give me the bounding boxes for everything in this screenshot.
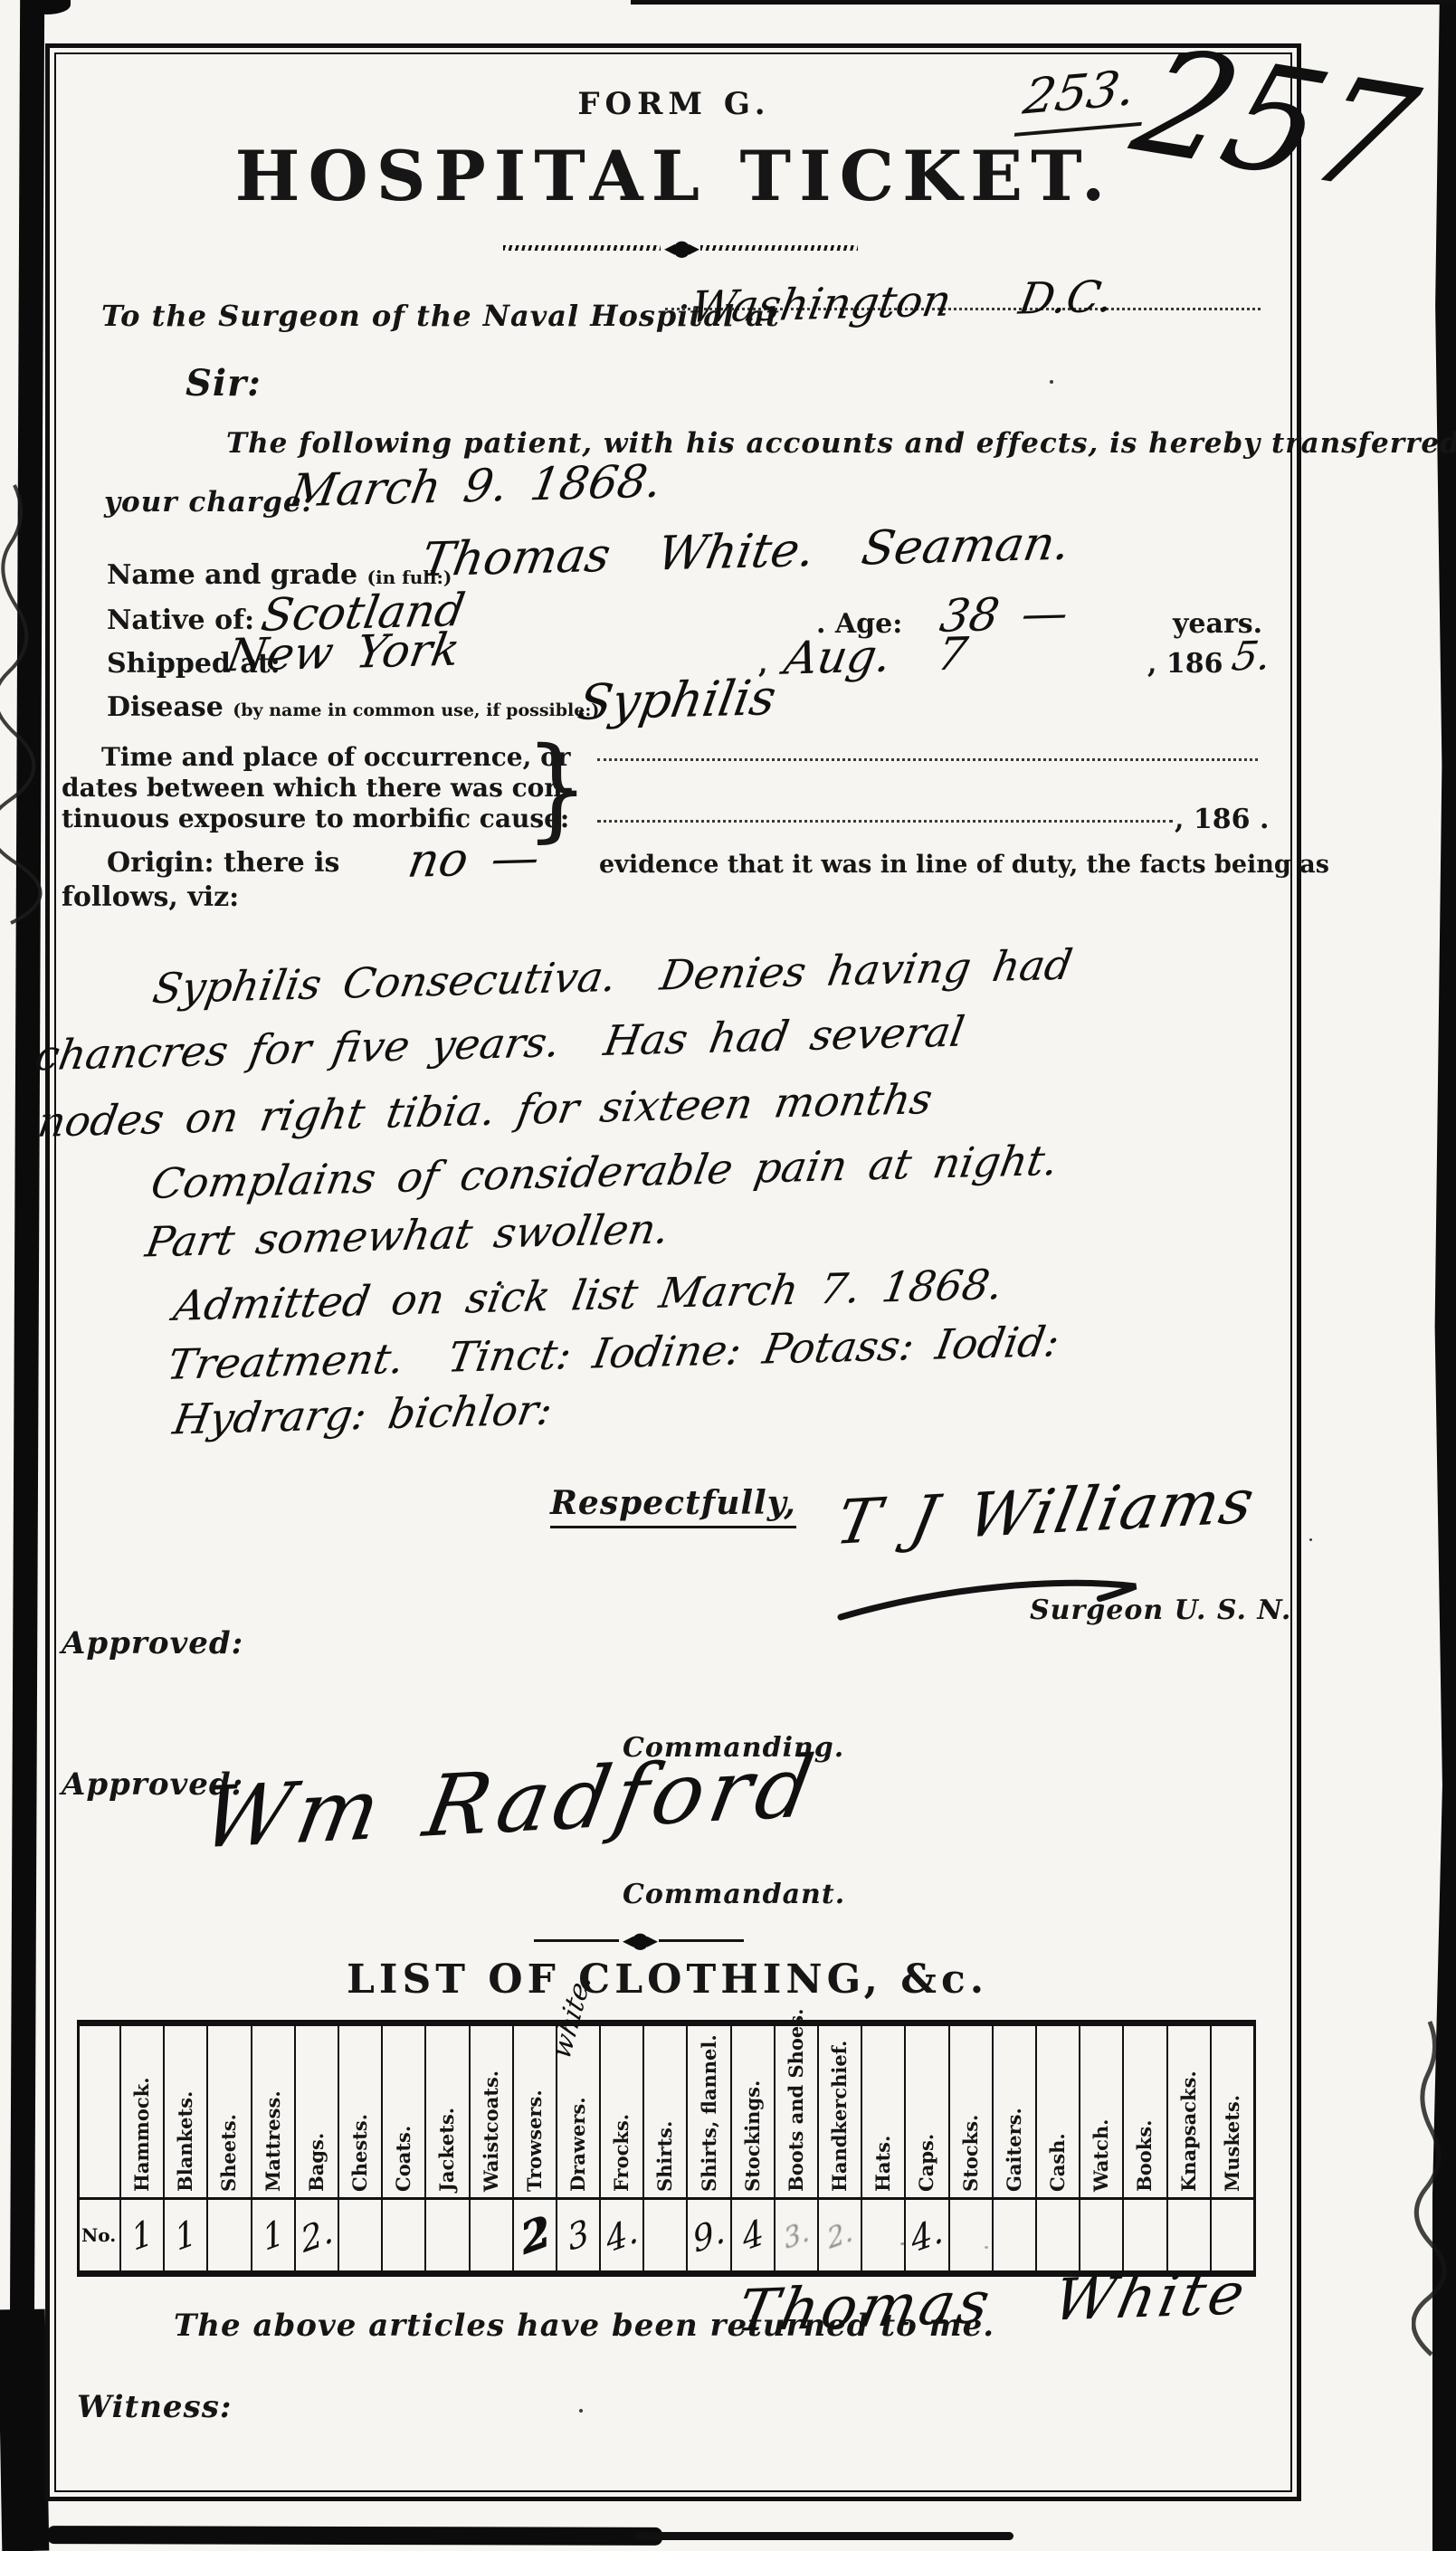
ornamental-divider-2: ◂●▸ <box>534 1929 744 1951</box>
clothing-column: Blankets.1 <box>165 2026 208 2270</box>
clothing-column: Trowsers.2 <box>514 2026 557 2270</box>
clothing-column: Coats. <box>383 2026 426 2270</box>
clothing-item-label: Hammock. <box>130 2077 153 2192</box>
clothing-column-header: Stockings. <box>732 2026 774 2200</box>
clothing-column-header: Coats. <box>383 2026 424 2200</box>
clothing-column: Sheets. <box>208 2026 252 2270</box>
clothing-column: Hammock.1 <box>121 2026 165 2270</box>
ink-speck <box>1309 1538 1312 1541</box>
divider-ornament-icon: ◂●▸ <box>619 1929 659 1951</box>
bottom-ink-streak-thin <box>633 2532 1013 2540</box>
clothing-column: Knapsacks. <box>1168 2026 1212 2270</box>
divider-ornament-icon: ◂●▸ <box>661 237 700 259</box>
clothing-item-count: 3 <box>565 2212 592 2259</box>
address-printed: To the Surgeon of the Naval Hospital at <box>101 299 780 333</box>
clothing-column-header: Boots and Shoes. <box>776 2026 817 2200</box>
clothing-column-header: Knapsacks. <box>1168 2026 1210 2200</box>
clothing-column: Muskets. <box>1212 2026 1253 2270</box>
clothing-column-value <box>994 2200 1035 2270</box>
disease-label-text: Disease <box>107 691 224 723</box>
clothing-column-header: Stocks. <box>950 2026 992 2200</box>
clothing-column: Drawers.3 <box>557 2026 601 2270</box>
bottom-ink-streak <box>47 2526 662 2546</box>
clothing-item-label: Cash. <box>1046 2133 1069 2192</box>
clothing-column-value: 9. <box>688 2200 729 2270</box>
case-note-line: Hydrarg: bichlor: <box>169 1385 556 1444</box>
occurrence-dotted-line-2 <box>597 820 1173 823</box>
clothing-column-value: 2. <box>819 2200 861 2270</box>
origin-written: no — <box>404 831 544 889</box>
clothing-column-value <box>1124 2200 1166 2270</box>
approved-label-1: Approved: <box>62 1625 243 1661</box>
clothing-column: Boots and Shoes.3. <box>776 2026 819 2270</box>
clothing-item-count: 4. <box>603 2210 641 2261</box>
clothing-column-header: Hammock. <box>121 2026 163 2200</box>
left-binding-strip <box>9 0 44 2551</box>
clothing-column-header: Chests. <box>339 2026 381 2200</box>
clothing-column-header: Handkerchief. <box>819 2026 861 2200</box>
clothing-column-value <box>1037 2200 1079 2270</box>
clothing-column: Waistcoats. <box>471 2026 514 2270</box>
transfer-line1: The following patient, with his accounts… <box>226 427 1456 460</box>
clothing-column-value: 3. <box>776 2200 817 2270</box>
clothing-item-label: Watch. <box>1090 2119 1112 2192</box>
clothing-item-label: Drawers. <box>566 2097 589 2192</box>
clothing-column: Jackets. <box>426 2026 470 2270</box>
salutation: Sir: <box>186 362 262 405</box>
occurrence-brace: } <box>525 732 589 844</box>
clothing-column: Stockings.4 <box>732 2026 776 2270</box>
clothing-column-header: Caps. <box>906 2026 947 2200</box>
clothing-column-value <box>208 2200 250 2270</box>
clothing-column-value <box>1080 2200 1122 2270</box>
clothing-column: Watch. <box>1080 2026 1124 2270</box>
clothing-item-label: Hats. <box>871 2136 894 2192</box>
clothing-item-label: Trowsers. <box>523 2089 546 2192</box>
clothing-item-count: 4 <box>738 2212 766 2259</box>
occurrence-dotted-line-1 <box>597 758 1258 761</box>
clothing-column-header: Shirts, flannel. <box>688 2026 729 2200</box>
clothing-item-count: 2 <box>517 2206 553 2265</box>
clothing-column-value: 2. <box>296 2200 338 2270</box>
clothing-item-label: Chests. <box>348 2114 371 2192</box>
divider-line <box>534 1939 619 1942</box>
clothing-column-header: Frocks. <box>601 2026 642 2200</box>
clothing-column-value: 3 <box>557 2200 599 2270</box>
clothing-item-label: Jackets. <box>435 2108 458 2192</box>
clothing-column-header: Gaiters. <box>994 2026 1035 2200</box>
right-edge-marks <box>1412 2018 1448 2362</box>
shipped-year-written: 5. <box>1229 633 1275 680</box>
clothing-item-count: 2. <box>825 2215 855 2256</box>
clothing-column-value <box>426 2200 468 2270</box>
clothing-column: No. <box>80 2026 121 2270</box>
clothing-columns: No.Hammock.1Blankets.1Sheets.Mattress.1B… <box>77 2026 1256 2270</box>
clothing-item-label: Books. <box>1133 2120 1156 2192</box>
clothing-column-value: 1 <box>121 2200 163 2270</box>
clothing-column: Mattress.1 <box>252 2026 296 2270</box>
clothing-item-label: Bags. <box>305 2133 328 2192</box>
clothing-column-header: Muskets. <box>1212 2026 1253 2200</box>
occurrence-line1: Time and place of occurrence, or <box>101 742 571 772</box>
clothing-item-label: Boots and Shoes. <box>785 2009 807 2192</box>
clothing-column: Chests. <box>339 2026 383 2270</box>
shipped-at-value: New York <box>224 623 464 682</box>
clothing-column-header: Shirts. <box>644 2026 686 2200</box>
clothing-column-value: 4 <box>732 2200 774 2270</box>
clothing-item-count: 2. <box>298 2210 336 2261</box>
disease-label: Disease (by name in common use, if possi… <box>107 691 599 723</box>
ornamental-divider: ◂●▸ <box>503 237 858 259</box>
clothing-column-value <box>339 2200 381 2270</box>
occurrence-year-suffix: , 186 . <box>1175 804 1269 835</box>
clothing-column: Hats. <box>862 2026 906 2270</box>
margin-handwriting-squiggle <box>0 480 49 950</box>
clothing-column-header: Watch. <box>1080 2026 1122 2200</box>
transfer-line2: your charge: <box>104 486 313 519</box>
clothing-column-value <box>1168 2200 1210 2270</box>
clothing-column-header: Hats. <box>862 2026 904 2200</box>
clothing-item-label: Waistcoats. <box>480 2070 502 2192</box>
shipped-date-value: Aug. 7 <box>781 627 972 684</box>
clothing-item-label: Sheets. <box>217 2114 240 2192</box>
clothing-column-value <box>950 2200 992 2270</box>
occurrence-line3: tinuous exposure to morbific cause: <box>62 804 569 833</box>
clothing-item-label: Mattress. <box>262 2090 284 2192</box>
clothing-column-value <box>862 2200 904 2270</box>
clothing-column-header: Bags. <box>296 2026 338 2200</box>
clothing-column-value: 1 <box>252 2200 294 2270</box>
shipped-year-printed: , 186 <box>1147 648 1223 680</box>
clothing-item-label: Shirts, flannel. <box>698 2034 720 2192</box>
origin-line2: follows, viz: <box>62 881 239 913</box>
clothing-item-label: Frocks. <box>610 2114 633 2192</box>
hospital-ticket-scan: FORM G. 253. HOSPITAL TICKET. 257 ◂●▸ To… <box>0 0 1456 2551</box>
clothing-column: Books. <box>1124 2026 1167 2270</box>
clothing-item-label: Coats. <box>392 2126 414 2192</box>
clothing-column: Shirts, flannel.9. <box>688 2026 731 2270</box>
clothing-item-label: Handkerchief. <box>828 2041 851 2192</box>
name-grade-label-text: Name and grade <box>107 559 357 591</box>
clothing-column-value: 1 <box>165 2200 206 2270</box>
clothing-column: Frocks.4. <box>601 2026 644 2270</box>
clothing-heading: LIST OF CLOTHING, &c. <box>0 1956 1335 2003</box>
clothing-table: No.Hammock.1Blankets.1Sheets.Mattress.1B… <box>77 2020 1256 2277</box>
clothing-column-value: No. <box>80 2200 119 2270</box>
disease-value: Syphilis <box>574 669 780 731</box>
clothing-item-label: Knapsacks. <box>1177 2070 1200 2192</box>
clothing-item-count: 3. <box>781 2215 811 2256</box>
clothing-column: Shirts. <box>644 2026 688 2270</box>
clothing-item-count: 1 <box>128 2212 156 2259</box>
clothing-column-value <box>644 2200 686 2270</box>
table-top-rule <box>77 2020 1256 2026</box>
clothing-column-value: 4. <box>906 2200 947 2270</box>
clothing-column-header: Books. <box>1124 2026 1166 2200</box>
left-binding-bottom <box>0 2309 49 2551</box>
clothing-item-count: 1 <box>172 2212 199 2259</box>
divider-line <box>700 245 858 251</box>
clothing-item-label: Caps. <box>915 2134 937 2192</box>
case-number: 253. <box>1014 58 1153 137</box>
clothing-column-header: Sheets. <box>208 2026 250 2200</box>
transfer-date-written: March 9. 1868. <box>286 455 665 518</box>
clothing-item-label: Shirts. <box>653 2121 676 2192</box>
surgeon-title: Surgeon U. S. N. <box>1030 1594 1291 1626</box>
clothing-column-header: Blankets. <box>165 2026 206 2200</box>
disease-label-paren: (by name in common use, if possible:) <box>233 700 599 720</box>
clothing-column-value <box>383 2200 424 2270</box>
commandant-label: Commandant. <box>623 1879 845 1910</box>
clothing-column-header: Cash. <box>1037 2026 1079 2200</box>
clothing-item-label: Gaiters. <box>1003 2108 1025 2192</box>
clothing-column: Caps.4. <box>906 2026 949 2270</box>
clothing-item-label: Blankets. <box>174 2091 196 2192</box>
occurrence-line2: dates between which there was con- <box>62 773 573 803</box>
divider-line <box>659 1939 744 1942</box>
clothing-item-count: 1 <box>259 2212 286 2259</box>
clothing-column: Bags.2. <box>296 2026 339 2270</box>
origin-prefix: Origin: there is <box>107 847 339 879</box>
clothing-item-count: 4. <box>909 2210 947 2261</box>
witness-label: Witness: <box>77 2389 232 2425</box>
clothing-item-label: Stockings. <box>741 2080 764 2192</box>
clothing-column: Handkerchief.2. <box>819 2026 862 2270</box>
origin-suffix: evidence that it was in line of duty, th… <box>599 851 1329 879</box>
clothing-column-header <box>80 2026 119 2200</box>
top-scan-edge-line <box>631 0 1456 5</box>
clothing-column-value <box>471 2200 512 2270</box>
clothing-column: Gaiters. <box>994 2026 1037 2270</box>
clothing-column-value <box>1212 2200 1253 2270</box>
clothing-column-header: Jackets. <box>426 2026 468 2200</box>
clothing-item-count: 9. <box>690 2210 728 2261</box>
clothing-item-label: Muskets. <box>1221 2095 1243 2192</box>
no-row-label: No. <box>80 2224 116 2246</box>
clothing-column-header: Waistcoats. <box>471 2026 512 2200</box>
clothing-column-value: 2 <box>514 2200 556 2270</box>
clothing-column: Cash. <box>1037 2026 1080 2270</box>
clothing-column-value: 4. <box>601 2200 642 2270</box>
clothing-item-label: Stocks. <box>959 2115 982 2192</box>
clothing-column-header: Mattress. <box>252 2026 294 2200</box>
respectfully-label: Respectfully, <box>550 1484 796 1528</box>
clothing-column: Stocks. <box>950 2026 994 2270</box>
divider-line <box>503 245 661 251</box>
